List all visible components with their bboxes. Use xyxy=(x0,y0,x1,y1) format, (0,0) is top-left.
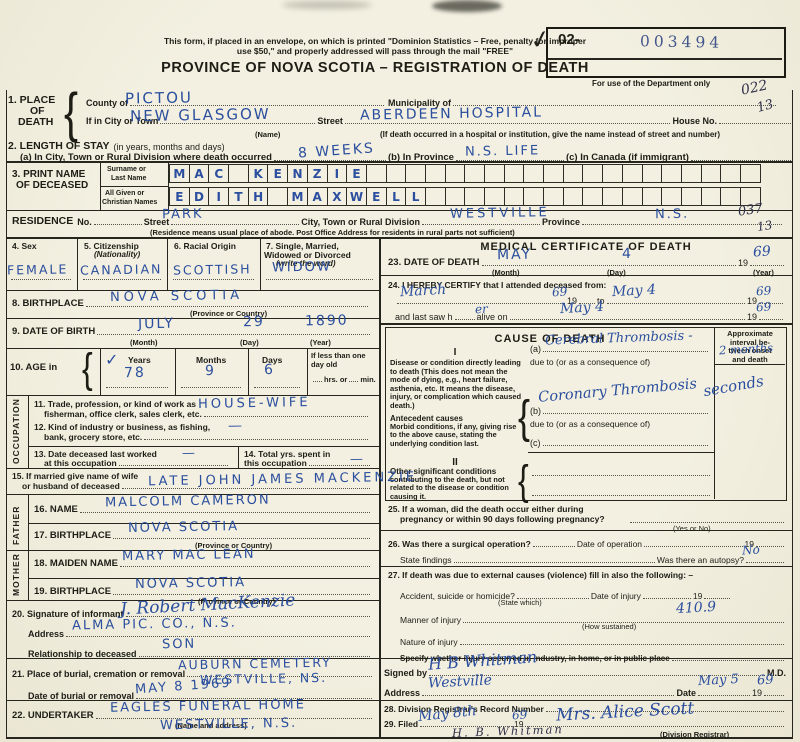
q27-code-value: 410.9 xyxy=(676,599,717,617)
informant-relationship-label: Relationship to deceased xyxy=(28,649,137,659)
burial-place-label: 21. Place of burial, cremation or remova… xyxy=(12,669,185,679)
letter-box xyxy=(701,187,722,206)
letter-box xyxy=(563,187,584,206)
q26-autopsy-label: Was there an autopsy? xyxy=(657,555,744,565)
letter-box xyxy=(740,164,761,183)
antecedent-text: Morbid conditions, if any, giving rise t… xyxy=(390,423,523,448)
letter-box xyxy=(582,164,603,183)
given-name-letter-boxes: EDITHMAXWELL xyxy=(170,187,761,206)
antecedent-brace xyxy=(518,394,530,441)
form-number-stamp: 003494 xyxy=(640,32,723,51)
mother-maiden-value: MARY MAC LEAN xyxy=(122,547,256,564)
father-side-label: FATHER xyxy=(11,506,21,545)
q25-label-line2: pregnancy or within 90 days following pr… xyxy=(400,514,605,524)
occ14-label-line2: this occupation xyxy=(244,458,307,468)
signed-address-label: Address xyxy=(384,688,420,698)
dotted-leader xyxy=(543,440,709,446)
dob-day-value: 29 xyxy=(243,314,265,330)
letter-box: W xyxy=(346,187,367,206)
father-birthplace-value: NOVA SCOTIA xyxy=(128,519,239,536)
signed-by-label: Signed by xyxy=(384,668,427,678)
dotted-leader xyxy=(698,690,750,696)
dotted-leader xyxy=(106,382,168,388)
letter-box: L xyxy=(386,187,407,206)
residence-street-value: PARK xyxy=(162,207,204,223)
age-hrs-label: hrs. or xyxy=(324,375,347,384)
given-label-line1: All Given or xyxy=(105,190,144,197)
residence-division-value: WESTVILLE xyxy=(450,205,550,222)
racial-origin-value: SCOTTISH xyxy=(173,261,252,277)
occ11-value: HOUSE-WIFE xyxy=(198,395,311,412)
letter-box xyxy=(622,187,643,206)
street-value: ABERDEEN HOSPITAL xyxy=(360,104,543,123)
last-saw-year-hw: 69 xyxy=(756,300,772,315)
sec3-label-line1: 3. PRINT NAME xyxy=(12,169,85,180)
letter-box xyxy=(720,164,741,183)
birthplace-value: NOVA SCOTIA xyxy=(110,288,243,305)
stay-a-label: (a) In City, Town or Rural Division wher… xyxy=(20,152,272,163)
dob-month-value: JULY xyxy=(138,316,175,333)
letter-box: C xyxy=(208,164,229,183)
last-saw-her-hw: er xyxy=(475,302,489,317)
stay-b-label: (b) In Province xyxy=(388,152,454,163)
q27-label: 27. If death was due to external causes … xyxy=(388,570,693,580)
dotted-leader xyxy=(313,376,322,382)
q26-operation-label: 26. Was there a surgical operation? xyxy=(388,539,531,549)
q25-yes-no-subnote: (Yes or No) xyxy=(673,524,711,533)
letter-box xyxy=(484,164,505,183)
letter-box xyxy=(543,164,564,183)
dotted-leader xyxy=(719,118,791,124)
letter-box xyxy=(445,164,466,183)
signed-year-hw: 69 xyxy=(757,673,774,689)
divider-line xyxy=(6,237,793,239)
cause-part1-numeral: I xyxy=(390,347,520,358)
department-note: For use of the Department only xyxy=(592,79,710,88)
death-year-value: 69 xyxy=(753,244,772,261)
letter-box xyxy=(622,164,643,183)
hospital-note: (If death occurred in a hospital or inst… xyxy=(380,130,720,139)
letter-box xyxy=(484,187,505,206)
letter-box xyxy=(464,187,485,206)
dotted-leader xyxy=(181,382,241,388)
age-years-header: Years xyxy=(128,355,151,365)
death-date-label: 23. DATE OF DEATH xyxy=(388,257,480,268)
letter-box xyxy=(701,164,722,183)
q27-nature-label: Nature of injury xyxy=(400,637,458,647)
occ13-value: — xyxy=(182,446,197,461)
divider-line xyxy=(260,237,261,290)
letter-box: L xyxy=(405,187,426,206)
dotted-leader xyxy=(644,541,743,547)
residence-division-label: City, Town or Rural Division xyxy=(301,217,420,227)
letter-box: D xyxy=(189,187,210,206)
divider-line xyxy=(6,348,379,349)
cause-b-label: (b) xyxy=(530,406,541,416)
divider-line xyxy=(379,237,381,739)
divider-line xyxy=(6,395,379,396)
q26-autopsy-value: No xyxy=(742,543,760,558)
divider-line xyxy=(28,494,29,550)
burial-date-label: Date of burial or removal xyxy=(28,691,134,701)
dotted-leader xyxy=(460,639,784,645)
letter-box: E xyxy=(346,164,367,183)
divider-line xyxy=(528,452,714,453)
dotted-leader xyxy=(254,382,300,388)
death-registration-form: This form, if placed in an envelope, on … xyxy=(0,0,800,742)
letter-box xyxy=(386,164,407,183)
cause-a-label: (a) xyxy=(530,344,541,354)
informant-relationship-value: SON xyxy=(162,637,196,653)
divider-line xyxy=(238,446,239,468)
death-date-year-print: 19 xyxy=(738,258,748,268)
age-brace xyxy=(82,347,93,389)
letter-box xyxy=(425,164,446,183)
division-registrar-subnote: (Division Registrar) xyxy=(660,730,729,739)
divider-line xyxy=(167,237,168,290)
name-subnote: (Name) xyxy=(255,130,280,139)
letter-box xyxy=(504,187,525,206)
dotted-leader xyxy=(454,557,655,563)
letter-box xyxy=(582,187,603,206)
certify-from-year-hw: 69 xyxy=(552,285,568,300)
occ11-label-line2: fisherman, office clerk, sales clerk, et… xyxy=(44,409,202,419)
stay-b-value: N.S. LIFE xyxy=(465,143,540,159)
death-month-value: MAY xyxy=(497,247,532,264)
street-label: Street xyxy=(317,116,343,126)
county-value: PICTOU xyxy=(125,88,193,107)
residence-label: RESIDENCE xyxy=(12,215,73,227)
dotted-leader xyxy=(510,314,745,320)
residence-code-bottom: 13 xyxy=(756,218,773,234)
spouse-value: LATE JOHN JAMES MACKENZIE xyxy=(148,470,417,490)
spouse-label-line2: or husband of deceased xyxy=(22,481,120,491)
occ12-label-line2: bank, grocery store, etc. xyxy=(44,432,142,442)
letter-box xyxy=(464,164,485,183)
scan-artifact xyxy=(282,1,372,9)
sec1-label-line3: DEATH xyxy=(18,116,53,128)
signed-year-print: 19 xyxy=(752,688,762,698)
divider-line xyxy=(6,90,7,739)
occ14-value: — xyxy=(350,452,365,467)
birthplace-label: 8. BIRTHPLACE xyxy=(12,298,84,309)
dotted-leader xyxy=(672,655,784,661)
letter-box: I xyxy=(327,164,348,183)
divider-line xyxy=(6,468,379,469)
sec3-label-line2: OF DECEASED xyxy=(16,180,88,191)
dotted-leader xyxy=(455,314,475,320)
letter-box: A xyxy=(189,164,210,183)
city-value: NEW GLASGOW xyxy=(130,105,271,125)
dotted-leader xyxy=(204,411,368,417)
marital-value: WIDOW xyxy=(272,259,332,275)
divider-line xyxy=(100,348,101,395)
letter-box: X xyxy=(327,187,348,206)
informant-address-value: ALMA PIC. CO., N.S. xyxy=(72,616,237,634)
sex-value: FEMALE xyxy=(7,261,69,277)
cause-due-to-2: due to (or as a consequence of) xyxy=(530,419,650,429)
q27-date-injury-label: Date of injury xyxy=(591,591,641,601)
letter-box xyxy=(681,187,702,206)
letter-box xyxy=(523,187,544,206)
dotted-leader xyxy=(750,260,784,266)
q26-findings-label: State findings xyxy=(400,555,452,565)
death-day-value: 4 xyxy=(622,246,633,262)
dotted-leader xyxy=(349,376,358,382)
dotted-leader xyxy=(119,460,228,466)
divider-line xyxy=(28,550,29,600)
undertaker-value-line2: WESTVILLE, N.S. xyxy=(160,716,297,733)
form-number-prefix: 02- xyxy=(558,31,580,48)
letter-box xyxy=(425,187,446,206)
certify-from-value: March xyxy=(400,282,447,300)
letter-box xyxy=(681,164,702,183)
father-name-value: MALCOLM CAMERON xyxy=(105,493,271,511)
letter-box xyxy=(602,187,623,206)
death-month-subnote: (Month) xyxy=(492,268,519,277)
letter-box: M xyxy=(287,187,308,206)
letter-box xyxy=(405,164,426,183)
residence-note: (Residence means usual place of abode. P… xyxy=(150,228,515,237)
letter-box xyxy=(523,164,544,183)
q27-state-which-subnote: (State which) xyxy=(498,598,542,607)
dob-month-subnote: (Month) xyxy=(130,338,157,347)
last-saw-label-a: and last saw h xyxy=(395,312,453,322)
divider-line xyxy=(100,186,168,187)
death-year-subnote: (Year) xyxy=(753,268,774,277)
dotted-leader xyxy=(691,155,791,161)
father-birthplace-label: 17. BIRTHPLACE xyxy=(34,530,111,541)
dob-year-value: 1890 xyxy=(305,313,349,330)
letter-box xyxy=(602,164,623,183)
certify-to-value: May 4 xyxy=(612,282,657,300)
dotted-leader xyxy=(532,470,710,476)
surname-letter-boxes: MACKENZIE xyxy=(170,164,761,183)
letter-box xyxy=(543,187,564,206)
racial-origin-header: 6. Racial Origin xyxy=(174,241,236,251)
age-months-value: 9 xyxy=(205,363,216,379)
dob-year-subnote: (Year) xyxy=(310,338,331,347)
divider-line xyxy=(28,395,29,468)
q27-manner-label: Manner of injury xyxy=(400,615,461,625)
divider-line xyxy=(175,348,176,395)
sec1-brace xyxy=(64,86,78,141)
residence-province-value: N.S. xyxy=(655,207,690,223)
date-of-birth-label: 9. DATE OF BIRTH xyxy=(12,326,95,337)
divider-line xyxy=(248,348,249,395)
q25-label-line1: 25. If a woman, did the death occur eith… xyxy=(388,504,584,514)
dotted-leader xyxy=(532,490,710,496)
house-no-label: House No. xyxy=(672,116,717,126)
cause-part1-text: Disease or condition directly leading to… xyxy=(390,359,523,410)
letter-box: E xyxy=(169,187,190,206)
occ13-label-line2: at this occupation xyxy=(44,458,117,468)
divider-line xyxy=(77,237,78,290)
surname-label-line2: Last Name xyxy=(111,175,146,182)
mother-side-label: MOTHER xyxy=(11,553,21,596)
death-day-subnote: (Day) xyxy=(607,268,626,277)
age-years-value: 78 xyxy=(124,365,146,381)
letter-box: I xyxy=(208,187,229,206)
dotted-leader xyxy=(630,517,784,523)
signed-address-value: Westville xyxy=(428,672,493,691)
given-label-line2: Christian Names xyxy=(102,199,157,206)
divider-line xyxy=(379,275,792,276)
cause-a-interval: 2 months xyxy=(719,341,774,358)
cause-due-to-1: due to (or as a consequence of) xyxy=(530,357,650,367)
stay-c-label: (c) In Canada (if immigrant) xyxy=(566,152,689,163)
dotted-leader xyxy=(704,593,730,599)
scan-artifact xyxy=(432,0,502,12)
letter-box: M xyxy=(169,164,190,183)
mother-birthplace-value: NOVA SCOTIA xyxy=(135,575,246,592)
occupation-side-label: OCCUPATION xyxy=(11,398,21,464)
divider-line xyxy=(379,323,792,325)
informant-address-label: Address xyxy=(28,629,64,639)
dotted-leader xyxy=(144,434,368,440)
age-checkmark: ✓ xyxy=(105,350,121,369)
residence-no-label: No. xyxy=(77,217,92,227)
occ12-value: — xyxy=(228,418,244,434)
q26-date-op-label: Date of operation xyxy=(577,539,642,549)
letter-box xyxy=(642,164,663,183)
age-less-than-day-label: If less than one day old xyxy=(311,352,373,369)
dotted-leader xyxy=(756,541,784,547)
other-conditions-brace xyxy=(518,459,529,501)
divider-line xyxy=(379,530,792,531)
last-saw-date-value: May 4 xyxy=(560,299,605,317)
letter-box: N xyxy=(287,164,308,183)
letter-box: Z xyxy=(307,164,328,183)
dotted-leader xyxy=(543,408,708,414)
citizenship-value: CANADIAN xyxy=(80,261,163,277)
letter-box xyxy=(228,164,249,183)
divider-line xyxy=(792,90,793,739)
letter-box xyxy=(563,164,584,183)
letter-box xyxy=(267,187,288,206)
age-min-label: min. xyxy=(360,375,375,384)
age-label: 10. AGE in xyxy=(10,362,57,373)
letter-box: E xyxy=(366,187,387,206)
age-days-value: 6 xyxy=(264,362,275,378)
citizenship-subheader: (Nationality) xyxy=(94,250,140,259)
certify-to-year-hw: 69 xyxy=(756,284,772,299)
letter-box xyxy=(661,164,682,183)
dotted-leader xyxy=(94,219,142,225)
surname-label-line1: Surname or xyxy=(107,166,146,173)
mother-birthplace-label: 19. BIRTHPLACE xyxy=(34,586,111,597)
cause-c-label: (c) xyxy=(530,438,541,448)
letter-box xyxy=(720,187,741,206)
divider-line xyxy=(307,348,308,395)
letter-box: A xyxy=(307,187,328,206)
letter-box xyxy=(661,187,682,206)
father-name-label: 16. NAME xyxy=(34,504,78,515)
letter-box xyxy=(366,164,387,183)
dob-day-subnote: (Day) xyxy=(240,338,259,347)
q29-filed-label: 29. Filed xyxy=(384,719,418,729)
county-label: County of xyxy=(86,98,128,108)
letter-box: E xyxy=(267,164,288,183)
undertaker-label: 22. UNDERTAKER xyxy=(12,710,94,721)
divider-line xyxy=(28,446,379,447)
dotted-leader xyxy=(746,557,784,563)
q27-how-sustained-subnote: (How sustained) xyxy=(582,622,636,631)
letter-box: K xyxy=(248,164,269,183)
signed-date-value: May 5 xyxy=(698,672,740,689)
dotted-leader xyxy=(643,593,691,599)
letter-box xyxy=(642,187,663,206)
letter-box xyxy=(445,187,466,206)
sex-header: 4. Sex xyxy=(12,241,37,251)
medical-title: MEDICAL CERTIFICATE OF DEATH xyxy=(379,241,793,253)
q29-year-hw: 69 xyxy=(512,708,528,723)
dotted-leader xyxy=(759,314,783,320)
letter-box xyxy=(504,164,525,183)
dotted-leader xyxy=(533,541,575,547)
dotted-leader xyxy=(764,690,784,696)
letter-box: T xyxy=(228,187,249,206)
divider-line xyxy=(379,566,792,567)
signed-date-label: Date xyxy=(676,688,696,698)
letter-box: H xyxy=(248,187,269,206)
mother-maiden-label: 18. MAIDEN NAME xyxy=(34,558,118,569)
dotted-leader xyxy=(422,690,674,696)
